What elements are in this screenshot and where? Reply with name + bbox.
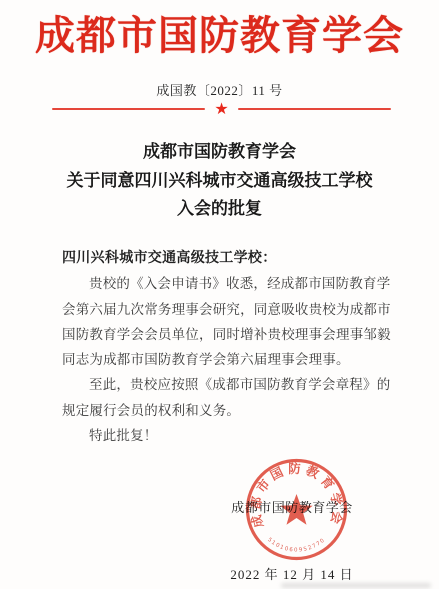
document-body: 四川兴科城市交通高级技工学校： 贵校的《入会申请书》收悉，经成都市国防教育学会第… — [62, 246, 394, 448]
org-title: 成都市国防教育学会 — [0, 4, 439, 61]
svg-text:成都市国防教育学会: 成都市国防教育学会 — [247, 461, 346, 529]
header-divider: ★ — [52, 101, 391, 117]
divider-line-right — [238, 108, 391, 110]
body-paragraph: 贵校的《入会申请书》收悉，经成都市国防教育学会第六届九次常务理事会研究，同意吸收… — [62, 271, 394, 372]
seal-number: 5101060952770 — [266, 537, 327, 554]
divider-line-left — [52, 108, 205, 110]
document-title-line-1: 成都市国防教育学会 — [0, 138, 439, 167]
document-title-line-2: 关于同意四川兴科城市交通高级技工学校 — [0, 167, 439, 196]
date-line: 2022 年 12 月 14 日 — [230, 564, 353, 583]
star-icon: ★ — [214, 101, 228, 117]
seal-ring-text: 成都市国防教育学会 — [247, 461, 346, 529]
svg-text:5101060952770: 5101060952770 — [266, 537, 327, 554]
doc-number: 成国教〔2022〕11 号 — [0, 80, 439, 99]
body-paragraph: 至此，贵校应按照《成都市国防教育学会章程》的规定履行会员的权利和义务。 — [62, 372, 394, 423]
document-title-line-3: 入会的批复 — [0, 195, 439, 224]
recipient-line: 四川兴科城市交通高级技工学校： — [62, 246, 394, 271]
document-title: 成都市国防教育学会 关于同意四川兴科城市交通高级技工学校 入会的批复 — [0, 138, 439, 224]
document-page: 成都市国防教育学会 成国教〔2022〕11 号 ★ 成都市国防教育学会 关于同意… — [0, 0, 439, 589]
signature-line: 成都市国防教育学会 — [231, 497, 353, 516]
body-paragraph: 特此批复！ — [62, 423, 394, 448]
scan-artifact — [281, 583, 431, 588]
